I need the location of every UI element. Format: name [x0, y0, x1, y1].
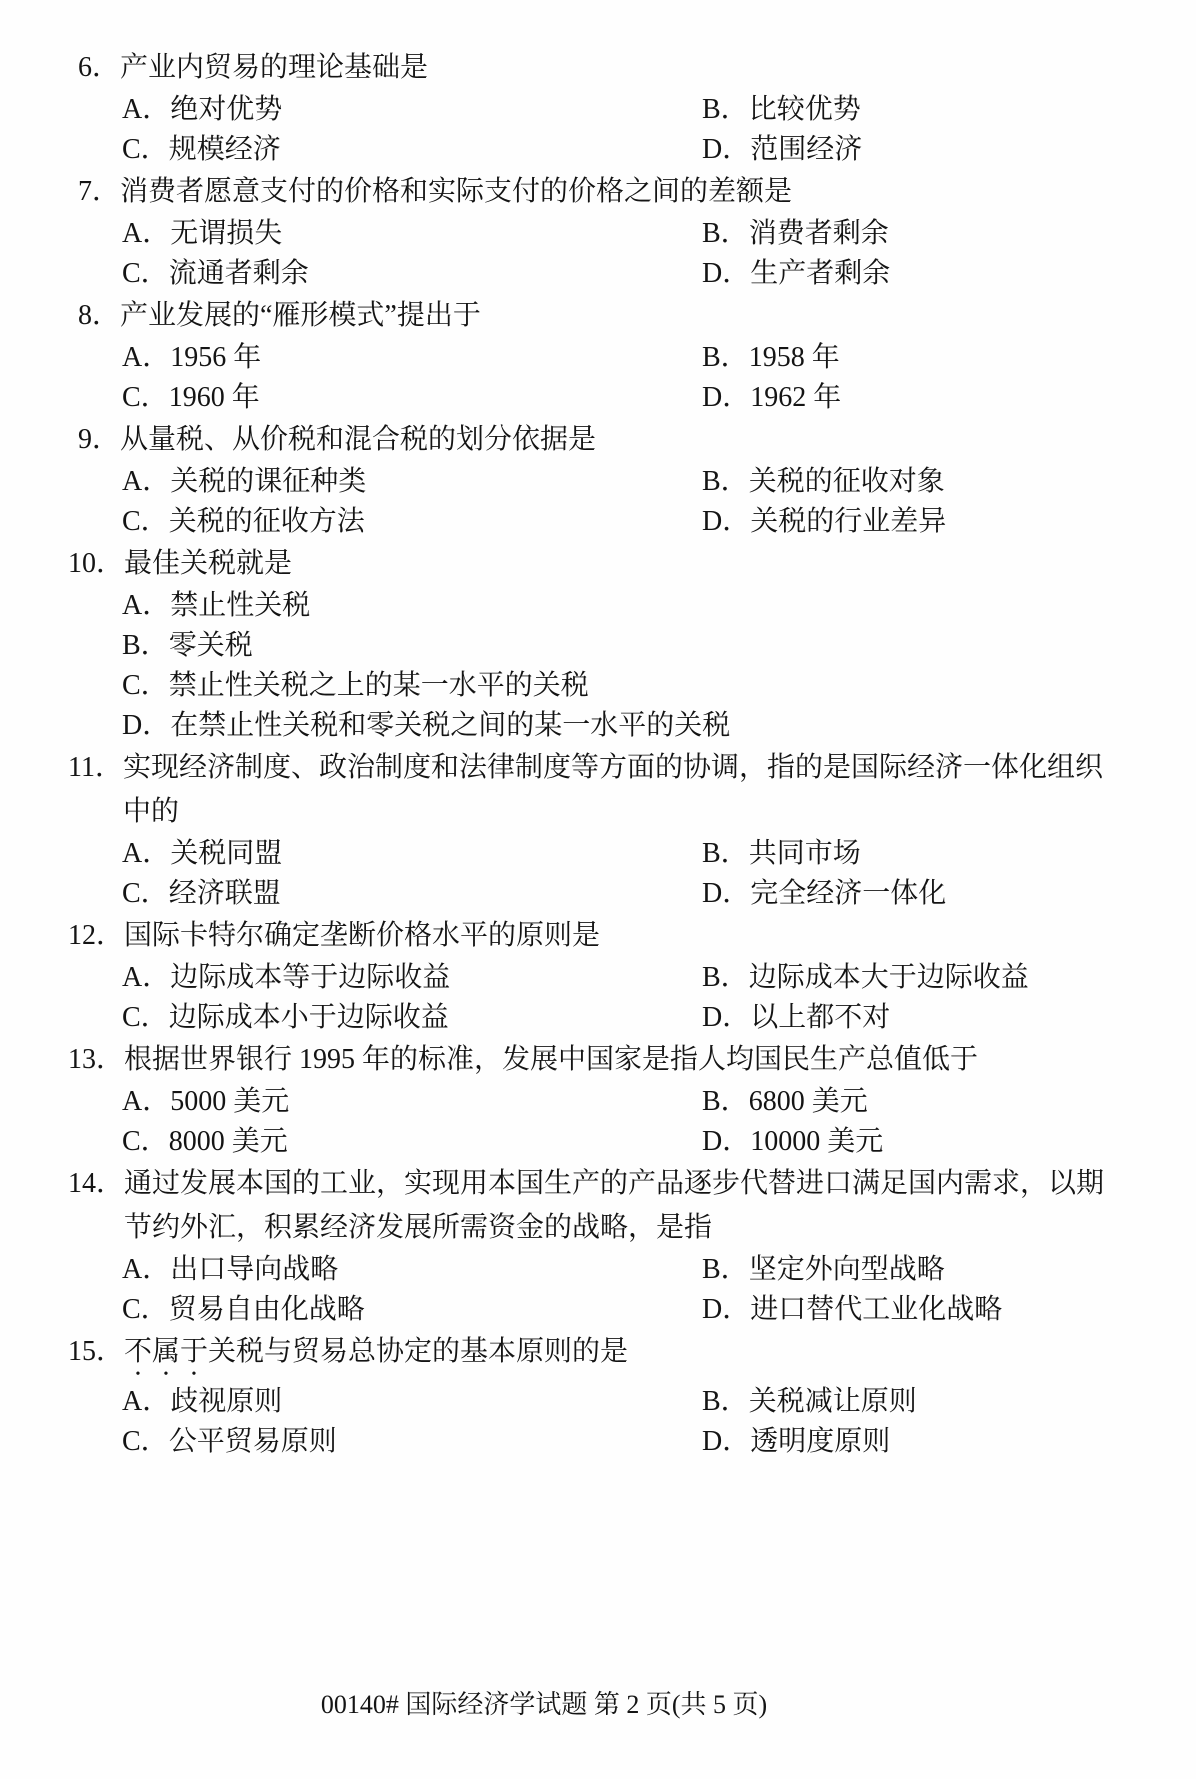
question-6: 6．产业内贸易的理论基础是A．绝对优势B．比较优势C．规模经济D．范围经济: [68, 46, 1130, 170]
page-footer: 00140# 国际经济学试题 第 2 页(共 5 页): [0, 1688, 1196, 1722]
option-text: 5000 美元: [170, 1086, 289, 1117]
option-label: C．: [122, 998, 169, 1038]
option-d: D．关税的行业差异: [702, 502, 1130, 542]
option-label: B．: [702, 834, 749, 874]
option-d: D．进口替代工业化战略: [702, 1290, 1130, 1330]
question-stem-row: 15．不属于关税与贸易总协定的基本原则的是: [68, 1330, 1130, 1382]
option-c: C．禁止性关税之上的某一水平的关税: [122, 666, 1130, 706]
question-stem: 最佳关税就是: [124, 542, 1130, 586]
option-text: 生产者剩余: [750, 258, 890, 289]
option-label: C．: [122, 1422, 169, 1462]
option-label: B．: [702, 90, 749, 130]
option-text: 6800 美元: [749, 1086, 868, 1117]
option-text: 经济联盟: [169, 878, 281, 909]
option-a: A．绝对优势: [122, 90, 702, 130]
question-stem: 产业发展的“雁形模式”提出于: [120, 294, 1130, 338]
option-c: C．关税的征收方法: [122, 502, 702, 542]
option-label: A．: [122, 214, 170, 254]
option-label: D．: [702, 254, 750, 294]
options: A．无谓损失B．消费者剩余C．流通者剩余D．生产者剩余: [68, 214, 1130, 294]
option-text: 边际成本小于边际收益: [169, 1002, 449, 1033]
question-stem-row: 11．实现经济制度、政治制度和法律制度等方面的协调，指的是国际经济一体化组织中的: [68, 746, 1130, 834]
option-a: A．边际成本等于边际收益: [122, 958, 702, 998]
option-a: A．出口导向战略: [122, 1250, 702, 1290]
options: A．关税的课征种类B．关税的征收对象C．关税的征收方法D．关税的行业差异: [68, 462, 1130, 542]
option-text: 8000 美元: [169, 1126, 288, 1157]
option-label: A．: [122, 834, 170, 874]
options: A．5000 美元B．6800 美元C．8000 美元D．10000 美元: [68, 1082, 1130, 1162]
question-number: 15．: [68, 1330, 124, 1382]
question-12: 12．国际卡特尔确定垄断价格水平的原则是A．边际成本等于边际收益B．边际成本大于…: [68, 914, 1130, 1038]
option-b: B．6800 美元: [702, 1082, 1130, 1122]
option-label: D．: [702, 1122, 750, 1162]
option-text: 透明度原则: [750, 1426, 890, 1457]
option-text: 关税同盟: [170, 838, 282, 869]
option-d: D．生产者剩余: [702, 254, 1130, 294]
option-label: A．: [122, 90, 170, 130]
question-stem-row: 12．国际卡特尔确定垄断价格水平的原则是: [68, 914, 1130, 958]
option-a: A．关税的课征种类: [122, 462, 702, 502]
question-number: 8．: [68, 294, 120, 338]
question-stem: 产业内贸易的理论基础是: [120, 46, 1130, 90]
question-number: 7．: [68, 170, 120, 214]
option-text: 以上都不对: [750, 1002, 890, 1033]
question-8: 8．产业发展的“雁形模式”提出于A．1956 年B．1958 年C．1960 年…: [68, 294, 1130, 418]
option-b: B．共同市场: [702, 834, 1130, 874]
option-text: 在禁止性关税和零关税之间的某一水平的关税: [170, 710, 730, 741]
question-number: 6．: [68, 46, 120, 90]
option-text: 禁止性关税之上的某一水平的关税: [169, 670, 589, 701]
question-stem-row: 8．产业发展的“雁形模式”提出于: [68, 294, 1130, 338]
option-b: B．零关税: [122, 626, 1130, 666]
question-11: 11．实现经济制度、政治制度和法律制度等方面的协调，指的是国际经济一体化组织中的…: [68, 746, 1130, 914]
option-text: 关税的征收对象: [749, 466, 945, 497]
option-text: 共同市场: [749, 838, 861, 869]
option-c: C．规模经济: [122, 130, 702, 170]
option-label: B．: [702, 462, 749, 502]
option-text: 零关税: [169, 630, 253, 661]
question-number: 12．: [68, 914, 124, 958]
option-text: 关税减让原则: [749, 1386, 917, 1417]
options: A．绝对优势B．比较优势C．规模经济D．范围经济: [68, 90, 1130, 170]
option-label: C．: [122, 254, 169, 294]
question-stem: 实现经济制度、政治制度和法律制度等方面的协调，指的是国际经济一体化组织中的: [123, 746, 1130, 834]
option-c: C．贸易自由化战略: [122, 1290, 702, 1330]
question-number: 11．: [68, 746, 123, 834]
option-text: 关税的征收方法: [169, 506, 365, 537]
option-label: C．: [122, 130, 169, 170]
option-label: D．: [702, 874, 750, 914]
option-label: B．: [702, 1250, 749, 1290]
option-text: 10000 美元: [750, 1126, 883, 1157]
option-label: D．: [702, 998, 750, 1038]
option-a: A．歧视原则: [122, 1382, 702, 1422]
options: A．边际成本等于边际收益B．边际成本大于边际收益C．边际成本小于边际收益D．以上…: [68, 958, 1130, 1038]
options: A．出口导向战略B．坚定外向型战略C．贸易自由化战略D．进口替代工业化战略: [68, 1250, 1130, 1330]
option-text: 无谓损失: [170, 218, 282, 249]
option-label: D．: [702, 502, 750, 542]
options: A．禁止性关税B．零关税C．禁止性关税之上的某一水平的关税D．在禁止性关税和零关…: [68, 586, 1130, 746]
question-stem-emphasis: 不属于: [124, 1336, 208, 1367]
option-b: B．消费者剩余: [702, 214, 1130, 254]
option-text: 1958 年: [749, 342, 840, 373]
options: A．1956 年B．1958 年C．1960 年D．1962 年: [68, 338, 1130, 418]
option-text: 绝对优势: [170, 94, 282, 125]
option-label: A．: [122, 1382, 170, 1422]
option-label: A．: [122, 462, 170, 502]
question-stem: 从量税、从价税和混合税的划分依据是: [120, 418, 1130, 462]
option-label: C．: [122, 874, 169, 914]
option-text: 比较优势: [749, 94, 861, 125]
question-15: 15．不属于关税与贸易总协定的基本原则的是A．歧视原则B．关税减让原则C．公平贸…: [68, 1330, 1130, 1462]
question-stem-row: 7．消费者愿意支付的价格和实际支付的价格之间的差额是: [68, 170, 1130, 214]
option-label: B．: [122, 626, 169, 666]
option-label: C．: [122, 1290, 169, 1330]
option-label: C．: [122, 1122, 169, 1162]
option-c: C．公平贸易原则: [122, 1422, 702, 1462]
option-text: 贸易自由化战略: [169, 1294, 365, 1325]
option-d: D．以上都不对: [702, 998, 1130, 1038]
question-stem-row: 9．从量税、从价税和混合税的划分依据是: [68, 418, 1130, 462]
option-label: B．: [702, 958, 749, 998]
option-text: 歧视原则: [170, 1386, 282, 1417]
option-b: B．坚定外向型战略: [702, 1250, 1130, 1290]
option-c: C．经济联盟: [122, 874, 702, 914]
option-a: A．禁止性关税: [122, 586, 1130, 626]
option-text: 流通者剩余: [169, 258, 309, 289]
option-text: 禁止性关税: [170, 590, 310, 621]
option-text: 1962 年: [750, 382, 841, 413]
option-text: 范围经济: [750, 134, 862, 165]
option-d: D．1962 年: [702, 378, 1130, 418]
option-b: B．1958 年: [702, 338, 1130, 378]
option-a: A．5000 美元: [122, 1082, 702, 1122]
option-label: D．: [702, 1290, 750, 1330]
option-c: C．1960 年: [122, 378, 702, 418]
footer-text: 00140# 国际经济学试题 第 2 页(共 5 页): [321, 1688, 767, 1722]
option-d: D．10000 美元: [702, 1122, 1130, 1162]
option-label: B．: [702, 214, 749, 254]
option-label: A．: [122, 1082, 170, 1122]
question-stem-text: 关税与贸易总协定的基本原则的是: [208, 1336, 628, 1367]
option-a: A．无谓损失: [122, 214, 702, 254]
question-9: 9．从量税、从价税和混合税的划分依据是A．关税的课征种类B．关税的征收对象C．关…: [68, 418, 1130, 542]
option-text: 边际成本等于边际收益: [170, 962, 450, 993]
question-13: 13．根据世界银行 1995 年的标准，发展中国家是指人均国民生产总值低于A．5…: [68, 1038, 1130, 1162]
question-stem: 通过发展本国的工业，实现用本国生产的产品逐步代替进口满足国内需求，以期节约外汇，…: [124, 1162, 1130, 1250]
question-number: 10．: [68, 542, 124, 586]
question-stem: 不属于关税与贸易总协定的基本原则的是: [124, 1330, 1130, 1382]
option-label: D．: [702, 130, 750, 170]
question-7: 7．消费者愿意支付的价格和实际支付的价格之间的差额是A．无谓损失B．消费者剩余C…: [68, 170, 1130, 294]
option-c: C．边际成本小于边际收益: [122, 998, 702, 1038]
question-number: 9．: [68, 418, 120, 462]
question-number: 13．: [68, 1038, 124, 1082]
option-a: A．1956 年: [122, 338, 702, 378]
option-label: A．: [122, 1250, 170, 1290]
option-text: 关税的行业差异: [750, 506, 946, 537]
option-label: B．: [702, 338, 749, 378]
question-stem-row: 6．产业内贸易的理论基础是: [68, 46, 1130, 90]
question-stem: 根据世界银行 1995 年的标准，发展中国家是指人均国民生产总值低于: [124, 1038, 1130, 1082]
options: A．歧视原则B．关税减让原则C．公平贸易原则D．透明度原则: [68, 1382, 1130, 1462]
question-10: 10．最佳关税就是A．禁止性关税B．零关税C．禁止性关税之上的某一水平的关税D．…: [68, 542, 1130, 746]
option-b: B．关税的征收对象: [702, 462, 1130, 502]
question-number: 14．: [68, 1162, 124, 1250]
question-stem-row: 13．根据世界银行 1995 年的标准，发展中国家是指人均国民生产总值低于: [68, 1038, 1130, 1082]
exam-page: 6．产业内贸易的理论基础是A．绝对优势B．比较优势C．规模经济D．范围经济7．消…: [0, 0, 1196, 1779]
option-c: C．8000 美元: [122, 1122, 702, 1162]
option-label: C．: [122, 502, 169, 542]
option-a: A．关税同盟: [122, 834, 702, 874]
option-b: B．关税减让原则: [702, 1382, 1130, 1422]
option-label: B．: [702, 1082, 749, 1122]
option-b: B．边际成本大于边际收益: [702, 958, 1130, 998]
option-label: D．: [702, 1422, 750, 1462]
option-label: D．: [702, 378, 750, 418]
option-text: 1956 年: [170, 342, 261, 373]
option-d: D．透明度原则: [702, 1422, 1130, 1462]
option-label: A．: [122, 586, 170, 626]
option-label: C．: [122, 378, 169, 418]
option-text: 消费者剩余: [749, 218, 889, 249]
question-stem-row: 14．通过发展本国的工业，实现用本国生产的产品逐步代替进口满足国内需求，以期节约…: [68, 1162, 1130, 1250]
option-d: D．范围经济: [702, 130, 1130, 170]
option-label: D．: [122, 706, 170, 746]
question-stem-row: 10．最佳关税就是: [68, 542, 1130, 586]
option-text: 坚定外向型战略: [749, 1254, 945, 1285]
question-14: 14．通过发展本国的工业，实现用本国生产的产品逐步代替进口满足国内需求，以期节约…: [68, 1162, 1130, 1330]
question-stem: 消费者愿意支付的价格和实际支付的价格之间的差额是: [120, 170, 1130, 214]
option-text: 完全经济一体化: [750, 878, 946, 909]
options: A．关税同盟B．共同市场C．经济联盟D．完全经济一体化: [68, 834, 1130, 914]
option-label: A．: [122, 338, 170, 378]
option-text: 规模经济: [169, 134, 281, 165]
option-text: 关税的课征种类: [170, 466, 366, 497]
option-text: 1960 年: [169, 382, 260, 413]
question-list: 6．产业内贸易的理论基础是A．绝对优势B．比较优势C．规模经济D．范围经济7．消…: [0, 0, 1196, 1462]
option-d: D．在禁止性关税和零关税之间的某一水平的关税: [122, 706, 1130, 746]
option-label: A．: [122, 958, 170, 998]
option-text: 边际成本大于边际收益: [749, 962, 1029, 993]
option-text: 出口导向战略: [170, 1254, 338, 1285]
option-c: C．流通者剩余: [122, 254, 702, 294]
option-text: 公平贸易原则: [169, 1426, 337, 1457]
option-label: C．: [122, 666, 169, 706]
option-d: D．完全经济一体化: [702, 874, 1130, 914]
option-b: B．比较优势: [702, 90, 1130, 130]
option-text: 进口替代工业化战略: [750, 1294, 1002, 1325]
question-stem: 国际卡特尔确定垄断价格水平的原则是: [124, 914, 1130, 958]
option-label: B．: [702, 1382, 749, 1422]
